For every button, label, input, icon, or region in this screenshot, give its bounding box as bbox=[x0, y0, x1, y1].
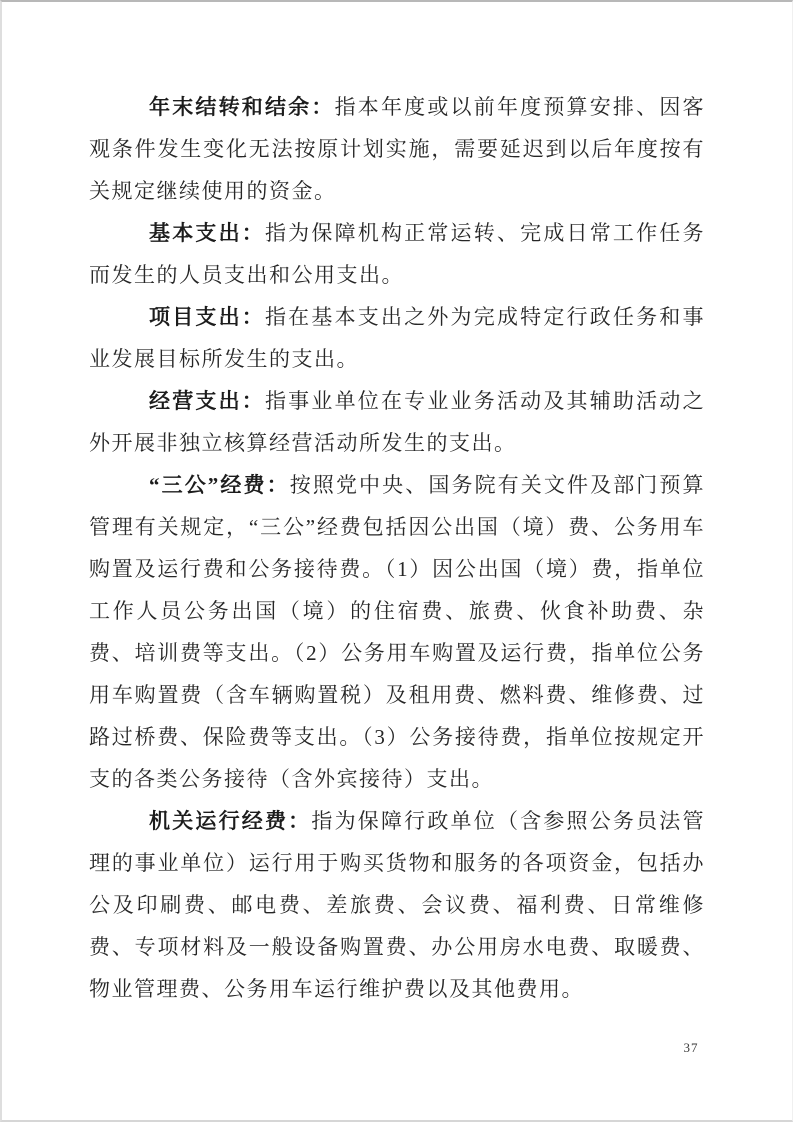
term-definition: 指为保障行政单位（含参照公务员法管理的事业单位）运行用于购买货物和服务的各项资金… bbox=[89, 809, 705, 1001]
term-definition: 按照党中央、国务院有关文件及部门预算管理有关规定，“三公”经费包括因公出国（境）… bbox=[89, 473, 705, 791]
document-page: 年末结转和结余：指本年度或以前年度预算安排、因客观条件发生变化无法按原计划实施，… bbox=[0, 0, 793, 1122]
paragraph-three-public-funds: “三公”经费：按照党中央、国务院有关文件及部门预算管理有关规定，“三公”经费包括… bbox=[89, 464, 705, 800]
term-label: 项目支出： bbox=[149, 305, 265, 329]
term-label: 年末结转和结余： bbox=[149, 95, 335, 119]
document-body: 年末结转和结余：指本年度或以前年度预算安排、因客观条件发生变化无法按原计划实施，… bbox=[89, 86, 705, 1010]
paragraph-project-expenditure: 项目支出：指在基本支出之外为完成特定行政任务和事业发展目标所发生的支出。 bbox=[89, 296, 705, 380]
term-label: 经营支出： bbox=[149, 389, 265, 413]
term-label: 基本支出： bbox=[149, 221, 265, 245]
term-label: “三公”经费： bbox=[149, 473, 290, 497]
page-number: 37 bbox=[676, 1040, 706, 1056]
paragraph-operating-expenditure: 经营支出：指事业单位在专业业务活动及其辅助活动之外开展非独立核算经营活动所发生的… bbox=[89, 380, 705, 464]
term-label: 机关运行经费： bbox=[149, 809, 311, 833]
paragraph-agency-operating-funds: 机关运行经费：指为保障行政单位（含参照公务员法管理的事业单位）运行用于购买货物和… bbox=[89, 800, 705, 1010]
paragraph-basic-expenditure: 基本支出：指为保障机构正常运转、完成日常工作任务而发生的人员支出和公用支出。 bbox=[89, 212, 705, 296]
paragraph-year-end-carryover: 年末结转和结余：指本年度或以前年度预算安排、因客观条件发生变化无法按原计划实施，… bbox=[89, 86, 705, 212]
